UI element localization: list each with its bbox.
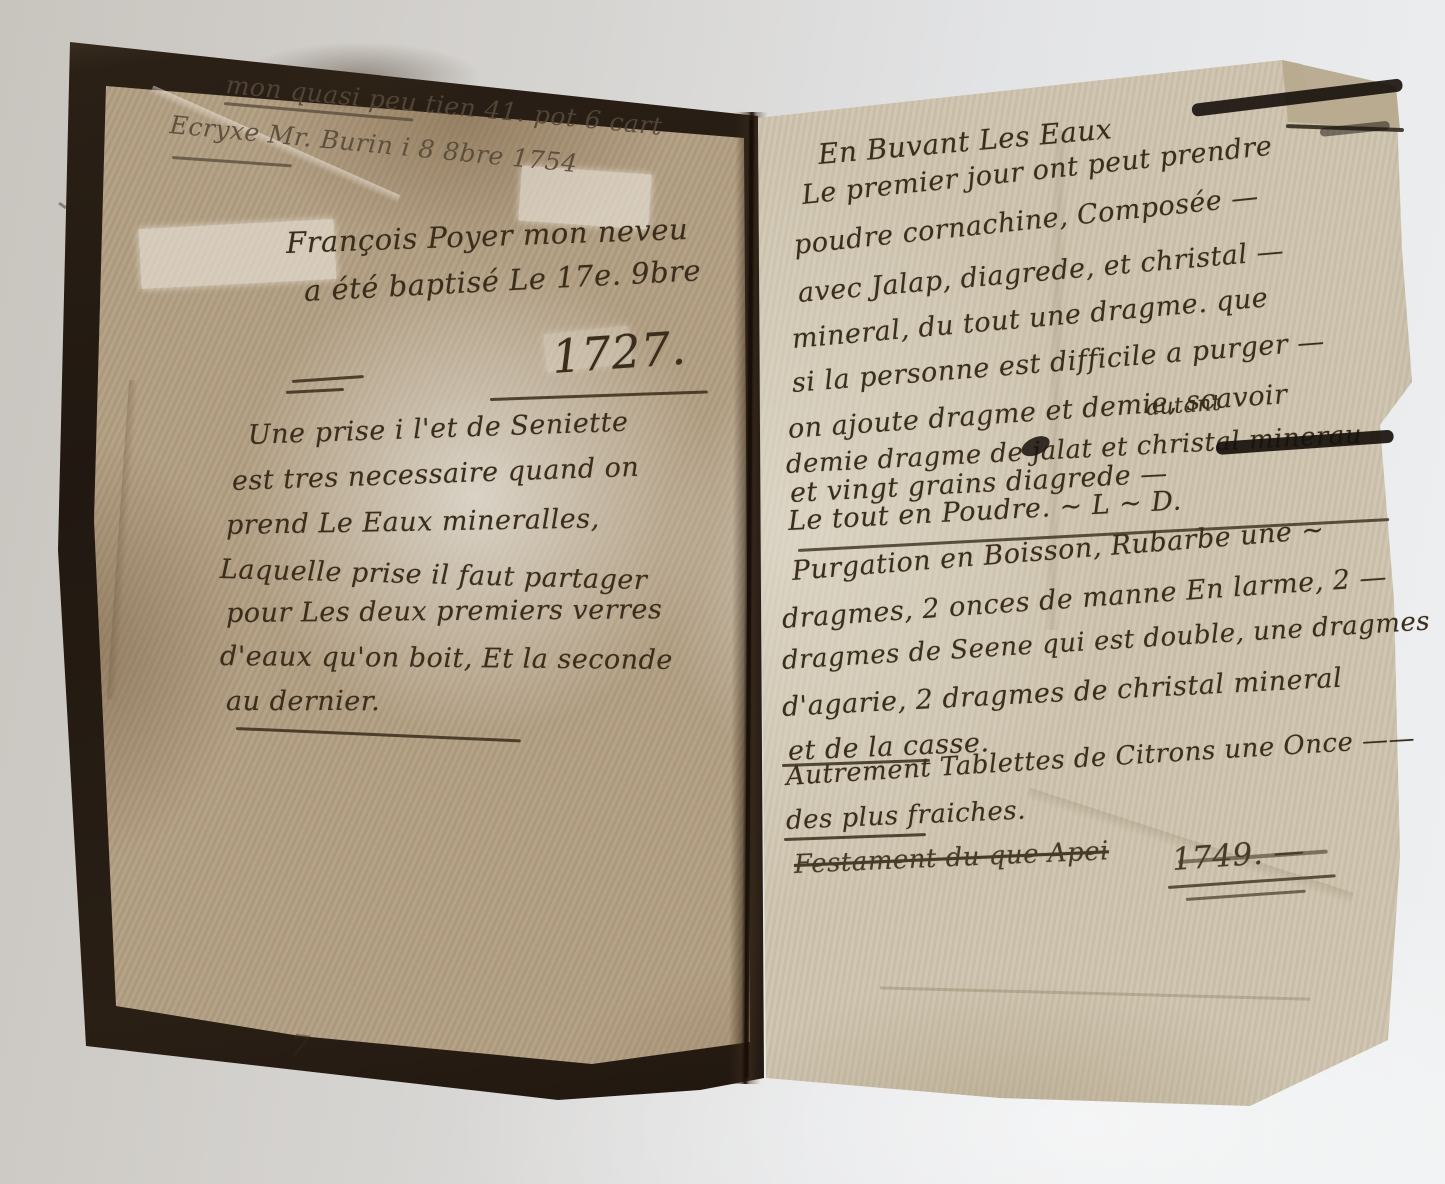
- background-speck: [58, 202, 67, 210]
- manuscript-line: pour Les deux premiers verres: [226, 594, 663, 629]
- baptism-year: 1727.: [550, 321, 688, 384]
- manuscript-line: au dernier.: [226, 686, 380, 717]
- manuscript-line: prend Le Eaux mineralles,: [226, 503, 600, 541]
- manuscript-line: d'eaux qu'on boit, Et la seconde: [220, 641, 673, 676]
- inserted-word: autant: [1145, 391, 1222, 421]
- photo-scene: mon quasi peu tien 41. pot 6 cart Ecryxe…: [0, 0, 1445, 1184]
